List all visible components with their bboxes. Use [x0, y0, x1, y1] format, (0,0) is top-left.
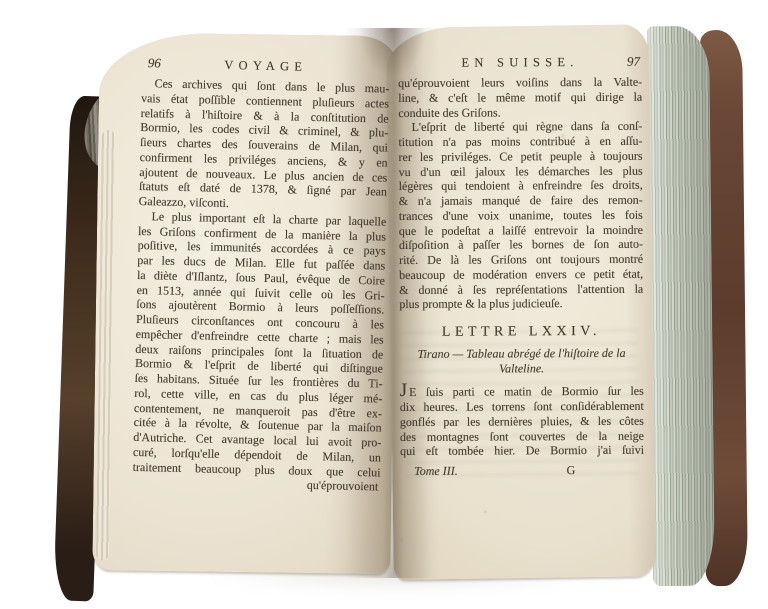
- right-page-number: 97: [627, 55, 640, 70]
- right-page-footer: Tome III. G: [400, 463, 644, 479]
- text-line: rité. De là les Griſons ont toujours mon…: [399, 252, 643, 268]
- letter-heading: LETTRE LXXIV.: [399, 325, 643, 341]
- text-line: gonflés par les dernières pluies, & les …: [400, 413, 644, 429]
- right-page-header: EN SUISSE. 97: [398, 55, 642, 76]
- text-line: qu'éprouvoient leurs voiſins dans la Val…: [398, 75, 642, 91]
- text-line: JE ſuis parti ce matin de Bormio ſur les: [400, 383, 644, 400]
- tome-label: Tome III.: [414, 464, 458, 479]
- paragraph-esprit-liberte: L'eſprit de liberté qui règne dans ſa co…: [398, 119, 643, 312]
- fore-edge-pages: [647, 26, 715, 587]
- text-line: line, & c'eſt le même motif qui dirige l…: [398, 89, 642, 105]
- text-line: & donné à ſes repréſentations l'attentio…: [399, 281, 643, 297]
- text-line: qui eſt tombée hier. De Bormio j'ai ſuiv…: [400, 443, 644, 459]
- signature-mark: G: [458, 463, 645, 479]
- text-line: Tirano — Tableau abrégé de l'hiſtoire de…: [400, 345, 644, 361]
- text-line: légères qui tendoient à enfreindre ſes d…: [399, 178, 643, 194]
- text-line: des montagnes ſont couvertes de la neige: [400, 428, 644, 444]
- text-line: L'eſprit de liberté qui règne dans ſa co…: [398, 119, 642, 135]
- right-page-text: EN SUISSE. 97 qu'éprouvoient leurs voiſi…: [398, 55, 644, 479]
- text-line: titution n'a pas moins contribué à en aſ…: [398, 134, 642, 150]
- text-line: beaucoup de modération envers ce petit é…: [399, 266, 643, 282]
- text-line: que le podeſtat a laiſſé entrevoir la mo…: [399, 222, 643, 238]
- text-line: rer les priviléges. Ce petit peuple à to…: [398, 148, 642, 164]
- text-line: trances d'une voix unanime, toutes les f…: [399, 207, 643, 223]
- letter-subtitle: Tirano — Tableau abrégé de l'hiſtoire de…: [400, 345, 644, 376]
- text-line: plus prompte & la plus judicieuſe.: [399, 296, 643, 312]
- open-book-photo: 96 VOYAGE Ces archives qui ſont dans le …: [0, 0, 768, 609]
- paragraph-valteline: qu'éprouvoient leurs voiſins dans la Val…: [398, 75, 642, 121]
- text-line: conduite des Griſons.: [398, 104, 642, 120]
- text-line: & n'a jamais manqué de faire des remon-: [399, 193, 643, 209]
- text-line: Valteline.: [400, 360, 644, 376]
- paragraph-charte: Le plus important eſt la charte par laqu…: [133, 209, 387, 480]
- text-line: dix heures. Les torrens ſont conſidérabl…: [400, 399, 644, 415]
- text-line: vu d'un œil jaloux les démarches les plu…: [399, 163, 643, 179]
- paragraph-opening: JE ſuis parti ce matin de Bormio ſur les…: [400, 383, 644, 459]
- left-page-text: 96 VOYAGE Ces archives qui ſont dans le …: [132, 56, 390, 495]
- paragraph-archives: Ces archives qui ſont dans le plus mau-v…: [139, 76, 390, 214]
- text-line: diſpoſition à paſſer les bornes de ſon a…: [399, 237, 643, 253]
- right-running-title: EN SUISSE.: [398, 55, 642, 71]
